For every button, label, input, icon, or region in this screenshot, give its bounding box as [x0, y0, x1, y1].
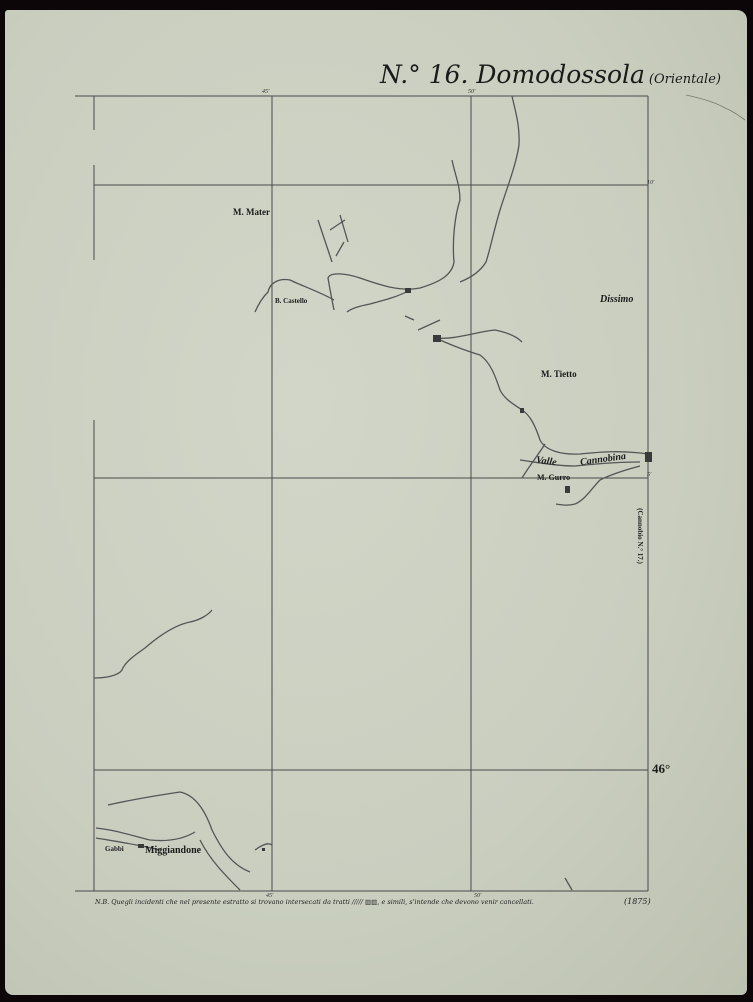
latitude-label: 46° [652, 761, 670, 777]
grid-lines [75, 96, 648, 891]
sheet-title: N.° 16. Domodossola(Orientale) [380, 60, 721, 89]
year-label: (1875) [624, 897, 651, 906]
footnote: N.B. Quegli incidenti che nel presente e… [95, 898, 534, 906]
label-miggiandone: Miggiandone [145, 845, 201, 856]
right-tick-10: 10' [647, 180, 654, 186]
right-tick-5: 5' [647, 472, 651, 478]
title-text: N.° 16. Domodossola [380, 60, 645, 89]
label-m-gurro: M. Gurro [537, 473, 570, 482]
label-b-castello: B. Castello [275, 297, 307, 305]
label-m-tietto: M. Tietto [541, 369, 577, 379]
label-dissimo: Dissimo [600, 294, 633, 305]
paper-tear [686, 95, 745, 120]
title-suffix: (Orientale) [649, 72, 721, 87]
top-tick-45: 45' [262, 89, 269, 95]
label-gabbi: Gabbi [105, 845, 124, 853]
label-m-mater: M. Mater [233, 207, 270, 217]
rivers [94, 96, 648, 890]
top-tick-50: 50' [468, 89, 475, 95]
adjacent-sheet-label: (Cannobio N.° 17.) [636, 508, 644, 564]
